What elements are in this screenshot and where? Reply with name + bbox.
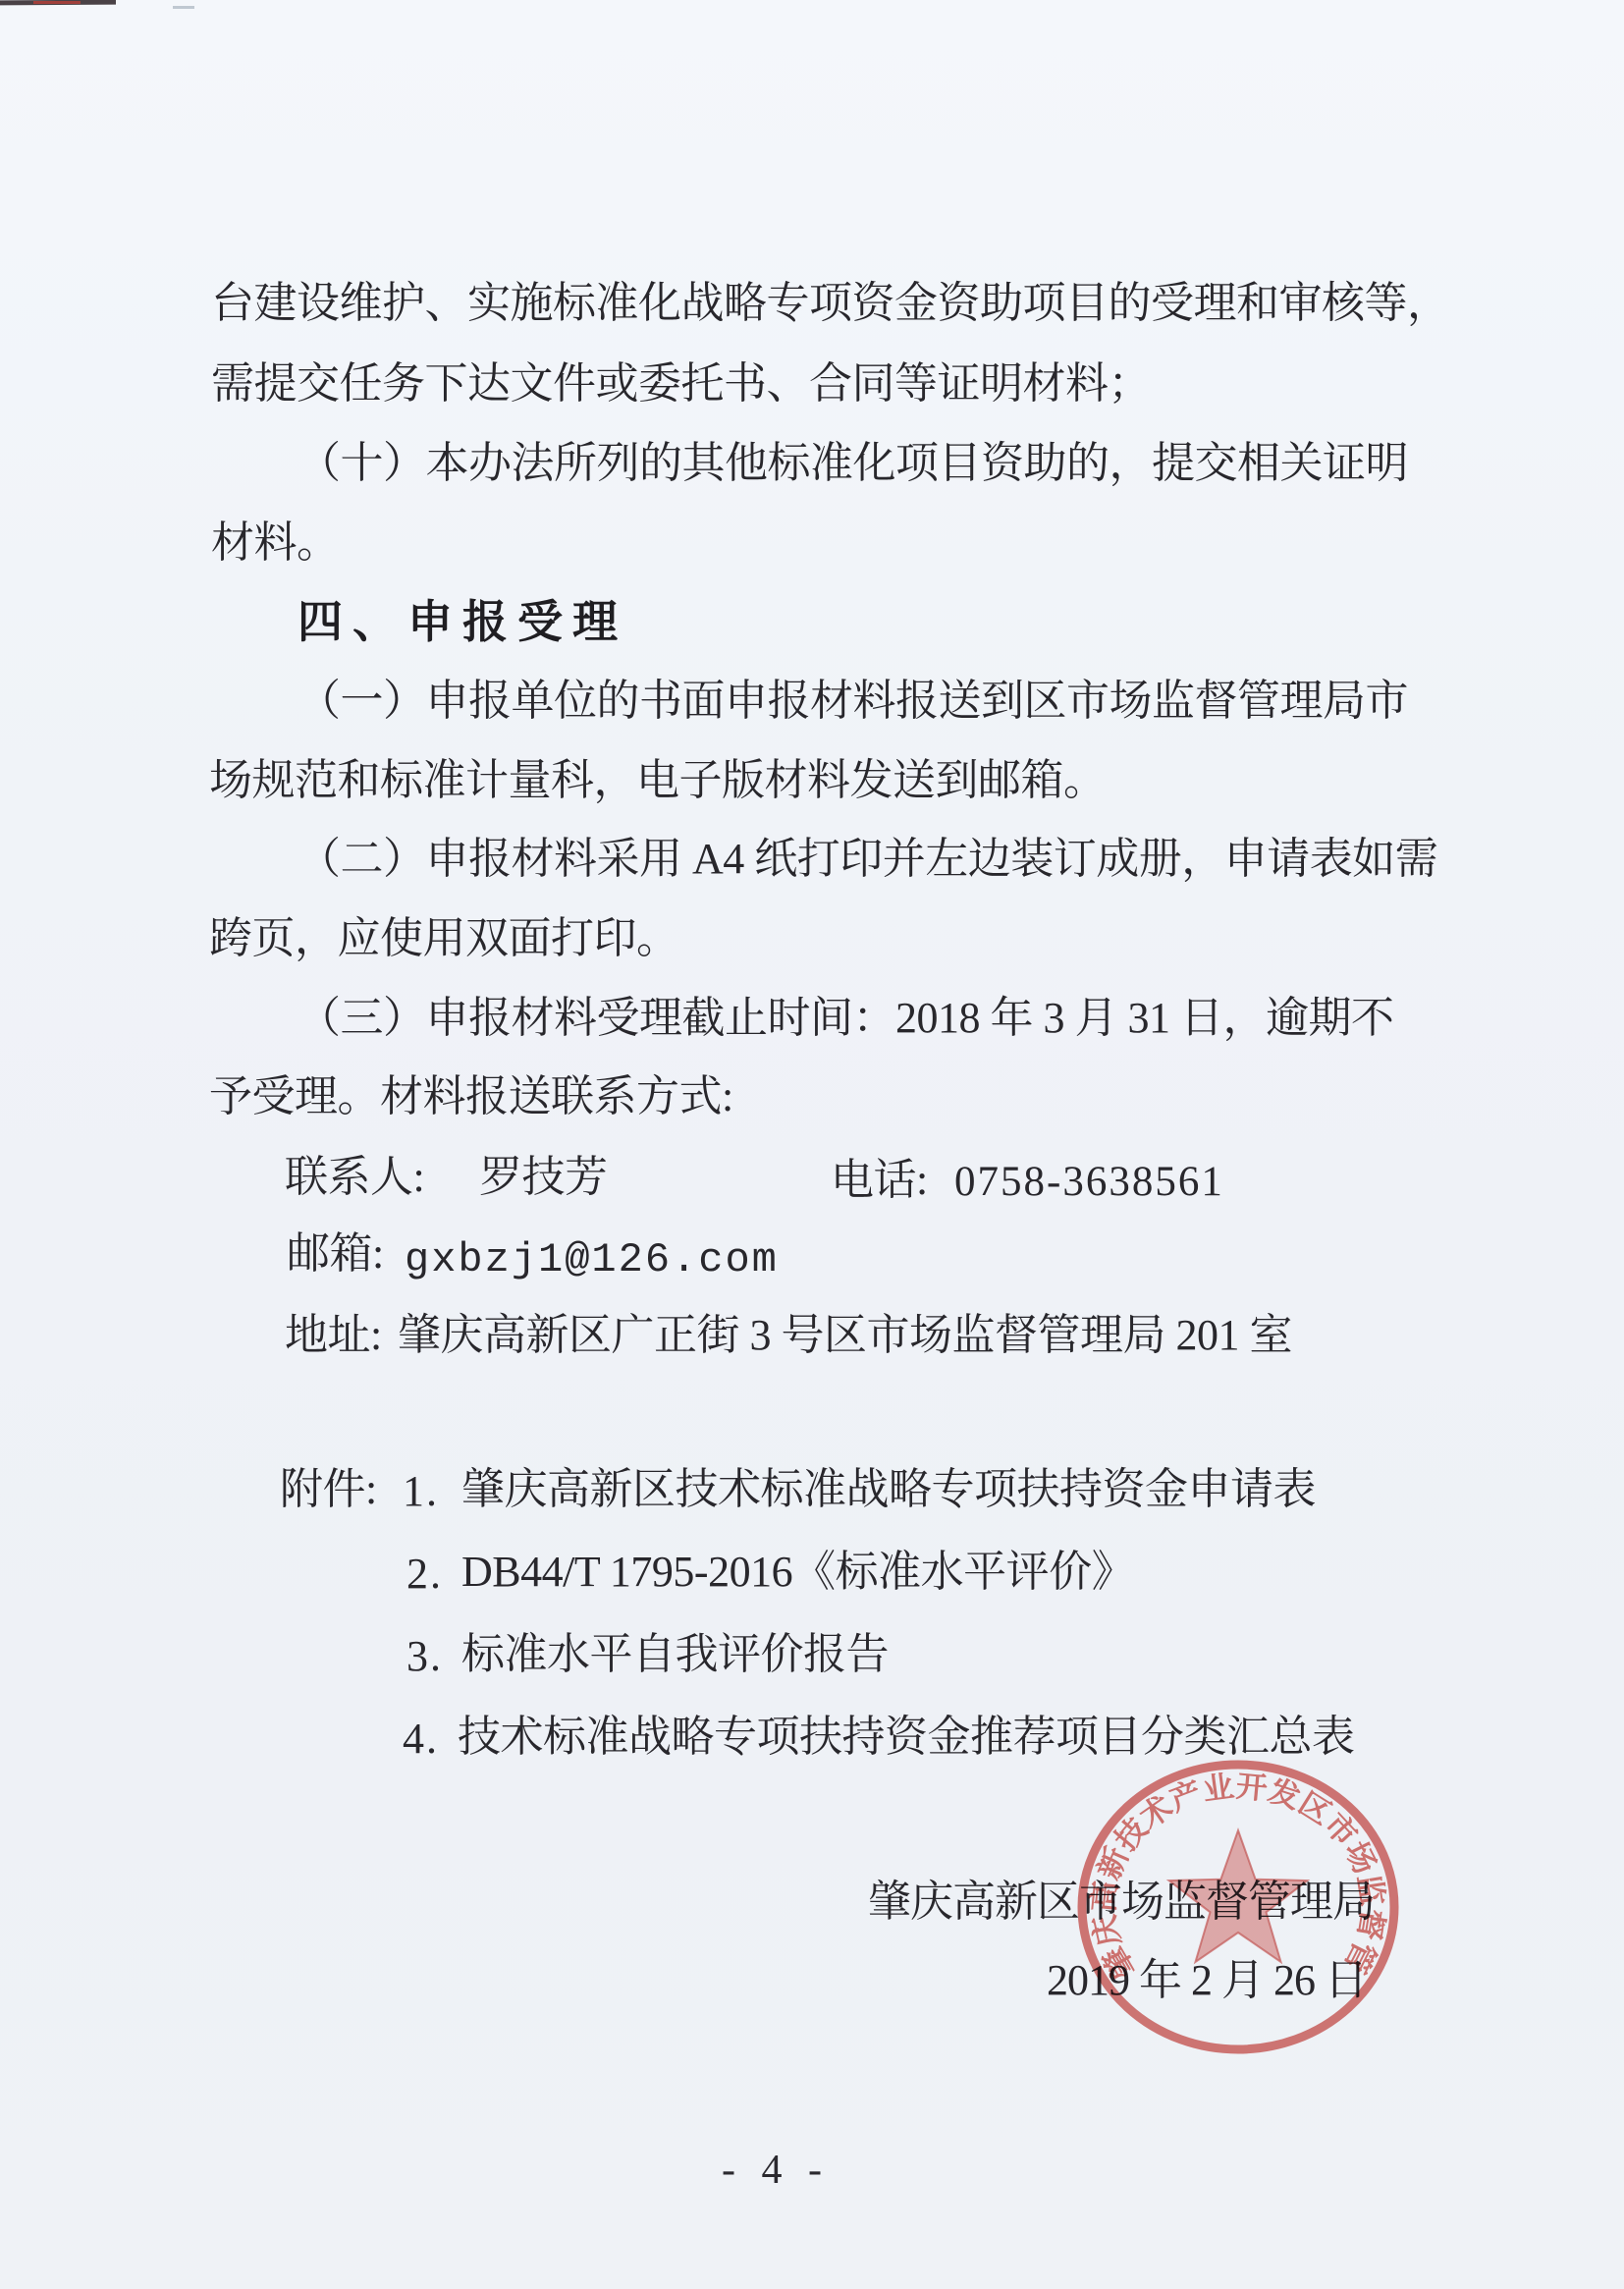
contact-phone-label: 电话: bbox=[831, 1156, 928, 1204]
attachment-item: 技术标准战略专项扶持资金推荐项目分类汇总表 bbox=[458, 1713, 1355, 1761]
contact-phone-value: 0758-3638561 bbox=[954, 1159, 1224, 1206]
scan-grey-mark bbox=[173, 6, 194, 9]
attachment-item: 标准水平自我评价报告 bbox=[461, 1630, 889, 1678]
attachment-item: DB44/T 1795-2016《标准水平评价》 bbox=[461, 1548, 1134, 1596]
body-line: （二）申报材料采用 A4 纸打印并左边装订成册，申请表如需 bbox=[298, 835, 1437, 883]
body-line: （十）本办法所列的其他标准化项目资助的，提交相关证明 bbox=[298, 439, 1408, 487]
seal-star-icon bbox=[1169, 1830, 1308, 1962]
body-line: （三）申报材料受理截止时间：2018 年 3 月 31 日，逾期不 bbox=[298, 994, 1394, 1042]
section-heading: 四、申报受理 bbox=[298, 597, 627, 648]
body-line: 跨页，应使用双面打印。 bbox=[209, 914, 679, 962]
body-line: 材料。 bbox=[211, 518, 340, 567]
page-number: - 4 - bbox=[677, 2147, 874, 2194]
scanned-document-page: 台建设维护、实施标准化战略专项资金资助项目的受理和审核等， 需提交任务下达文件或… bbox=[0, 0, 1624, 2289]
attachments-label: 附件: bbox=[280, 1465, 377, 1513]
body-line: 场规范和标准计量科，电子版材料发送到邮箱。 bbox=[209, 756, 1107, 804]
attachment-item: 肇庆高新区技术标准战略专项扶持资金申请表 bbox=[461, 1465, 1316, 1513]
contact-email-label: 邮箱: bbox=[287, 1229, 384, 1278]
scan-red-mark bbox=[33, 1, 81, 4]
body-line: 台建设维护、实施标准化战略专项资金资助项目的受理和审核等， bbox=[211, 279, 1450, 327]
body-line: （一）申报单位的书面申报材料报送到区市场监督管理局市 bbox=[298, 677, 1408, 725]
contact-person-label: 联系人: bbox=[285, 1153, 424, 1201]
contact-address-value: 肇庆高新区广正街 3 号区市场监督管理局 201 室 bbox=[398, 1311, 1292, 1359]
contact-email-value: gxbzj1@126.com bbox=[405, 1237, 779, 1283]
attachment-number: 4. bbox=[403, 1715, 439, 1763]
body-line: 需提交任务下达文件或委托书、合同等证明材料； bbox=[211, 359, 1151, 408]
body-line: 予受理。材料报送联系方式: bbox=[209, 1072, 733, 1120]
official-seal: 肇庆高新技术产业开发区市场监督管理局 bbox=[1073, 1758, 1403, 2060]
contact-address-label: 地址: bbox=[285, 1311, 382, 1359]
contact-person-name: 罗技芳 bbox=[479, 1153, 608, 1201]
attachment-number: 2. bbox=[406, 1550, 443, 1598]
attachment-number: 1. bbox=[403, 1467, 439, 1515]
attachment-number: 3. bbox=[406, 1632, 443, 1680]
